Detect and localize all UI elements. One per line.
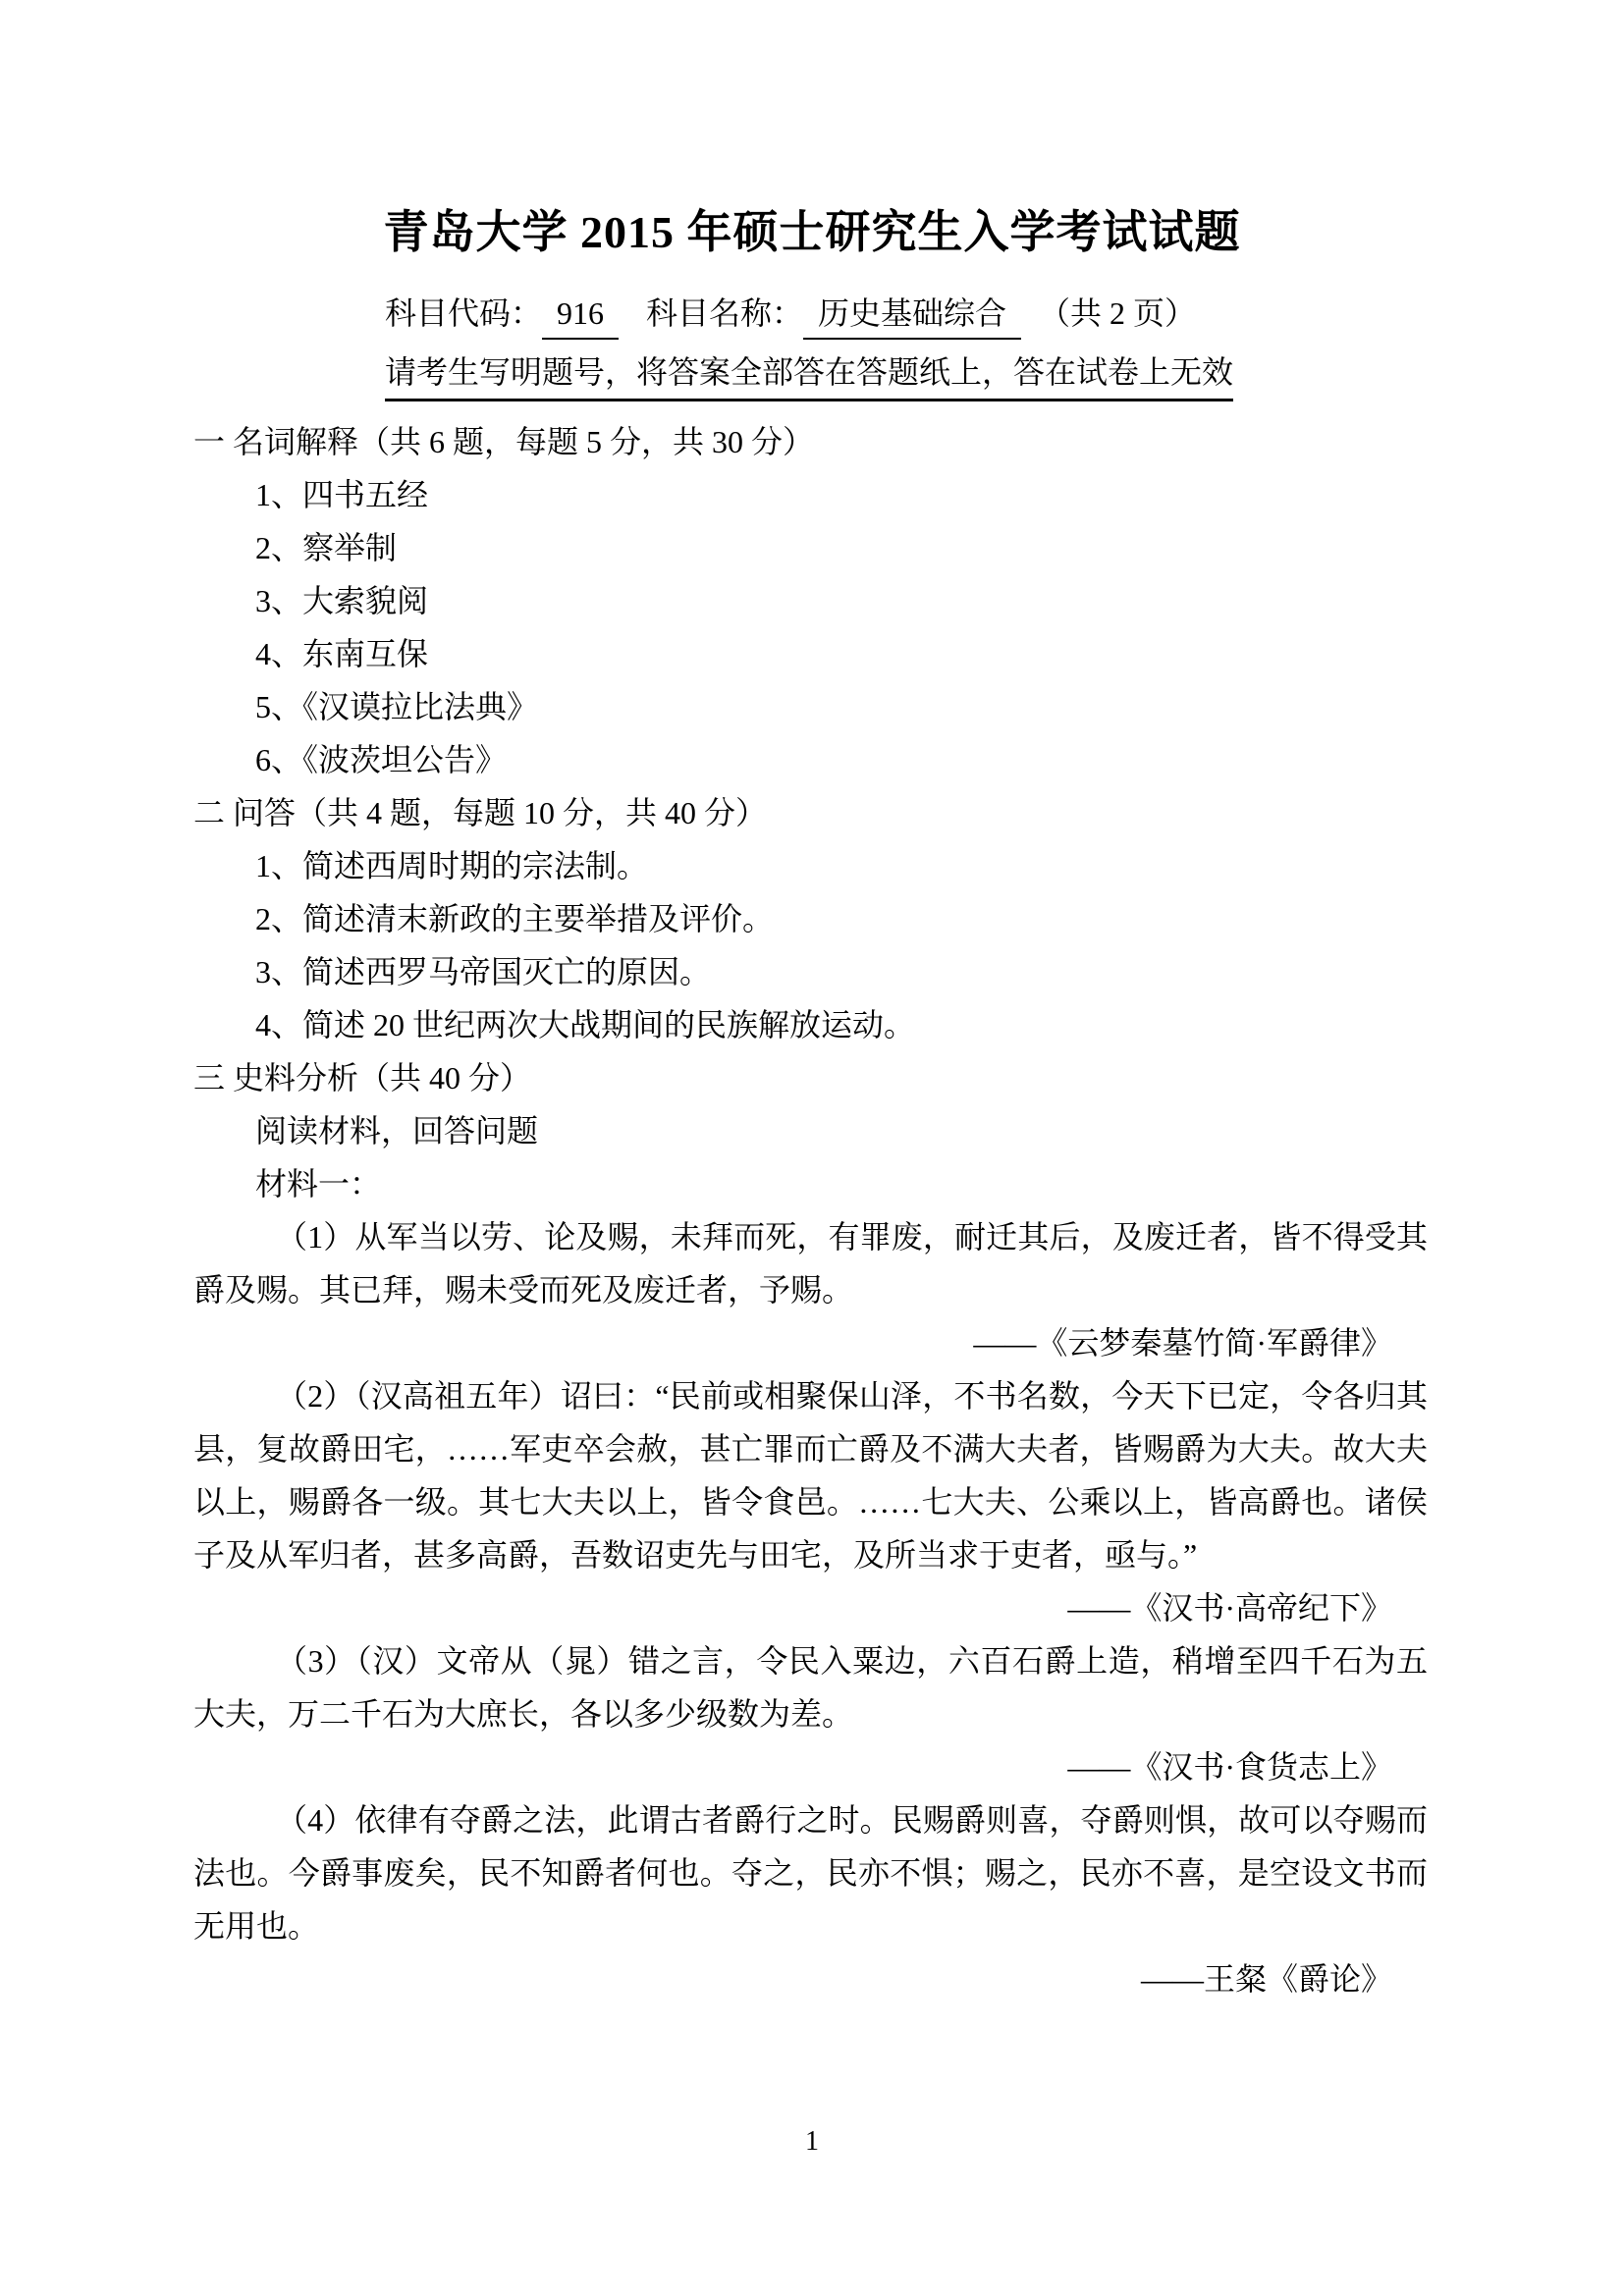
page-number: 1 <box>0 2125 1624 2159</box>
term-item-2: 2、察举制 <box>255 521 1428 574</box>
material-label: 材料一： <box>255 1157 1428 1210</box>
section-1-heading: 一 名词解释（共 6 题，每题 5 分，共 30 分） <box>193 415 1428 468</box>
passage-4-text: （4）依律有夺爵之法，此谓古者爵行之时。民赐爵则喜，夺爵则惧，故可以夺赐而法也。… <box>193 1793 1428 1952</box>
subject-name-value: 历史基础综合 <box>803 291 1021 340</box>
subject-code-label: 科目代码： <box>385 295 542 331</box>
question-item-1: 1、简述西周时期的宗法制。 <box>255 839 1428 892</box>
instruction-text: 请考生写明题号，将答案全部答在答题纸上，答在试卷上无效 <box>385 349 1233 401</box>
page-title: 青岛大学 2015 年硕士研究生入学考试试题 <box>0 0 1624 261</box>
subject-name-label: 科目名称： <box>646 295 803 331</box>
passage-3-text: （3）（汉）文帝从（晁）错之言，令民入粟边，六百石爵上造，稍增至四千石为五大夫，… <box>193 1634 1428 1740</box>
passage-1-source: ——《云梦秦墓竹简·军爵律》 <box>193 1316 1428 1369</box>
question-item-2: 2、简述清末新政的主要举措及评价。 <box>255 892 1428 945</box>
instruction-line: 请考生写明题号，将答案全部答在答题纸上，答在试卷上无效 <box>385 349 1624 401</box>
question-item-3: 3、简述西罗马帝国灭亡的原因。 <box>255 945 1428 998</box>
page-count-note: （共 2 页） <box>1039 295 1196 331</box>
passage-1-text: （1）从军当以劳、论及赐，未拜而死，有罪废，耐迁其后，及废迁者，皆不得受其爵及赐… <box>193 1210 1428 1316</box>
term-item-3: 3、大索貌阅 <box>255 574 1428 627</box>
section-3-intro: 阅读材料，回答问题 <box>255 1104 1428 1157</box>
subject-code-value: 916 <box>542 291 619 340</box>
passage-3-source: ——《汉书·食货志上》 <box>193 1740 1428 1793</box>
section-3-heading: 三 史料分析（共 40 分） <box>193 1051 1428 1104</box>
question-item-4: 4、简述 20 世纪两次大战期间的民族解放运动。 <box>255 998 1428 1051</box>
passage-2-source: ——《汉书·高帝纪下》 <box>193 1581 1428 1634</box>
exam-paper-page: 青岛大学 2015 年硕士研究生入学考试试题 科目代码：916科目名称：历史基础… <box>0 0 1624 2296</box>
passage-4-source: ——王粲《爵论》 <box>193 1952 1428 2005</box>
term-item-1: 1、四书五经 <box>255 468 1428 521</box>
term-item-4: 4、东南互保 <box>255 627 1428 680</box>
passage-2-text: （2）（汉高祖五年）诏曰：“民前或相聚保山泽，不书名数，今天下已定，令各归其县，… <box>193 1369 1428 1581</box>
term-item-6: 6、《波茨坦公告》 <box>255 733 1428 786</box>
subject-line: 科目代码：916科目名称：历史基础综合（共 2 页） <box>385 291 1624 340</box>
term-item-5: 5、《汉谟拉比法典》 <box>255 680 1428 733</box>
exam-body: 一 名词解释（共 6 题，每题 5 分，共 30 分） 1、四书五经 2、察举制… <box>193 415 1428 2005</box>
section-2-heading: 二 问答（共 4 题，每题 10 分，共 40 分） <box>193 786 1428 839</box>
